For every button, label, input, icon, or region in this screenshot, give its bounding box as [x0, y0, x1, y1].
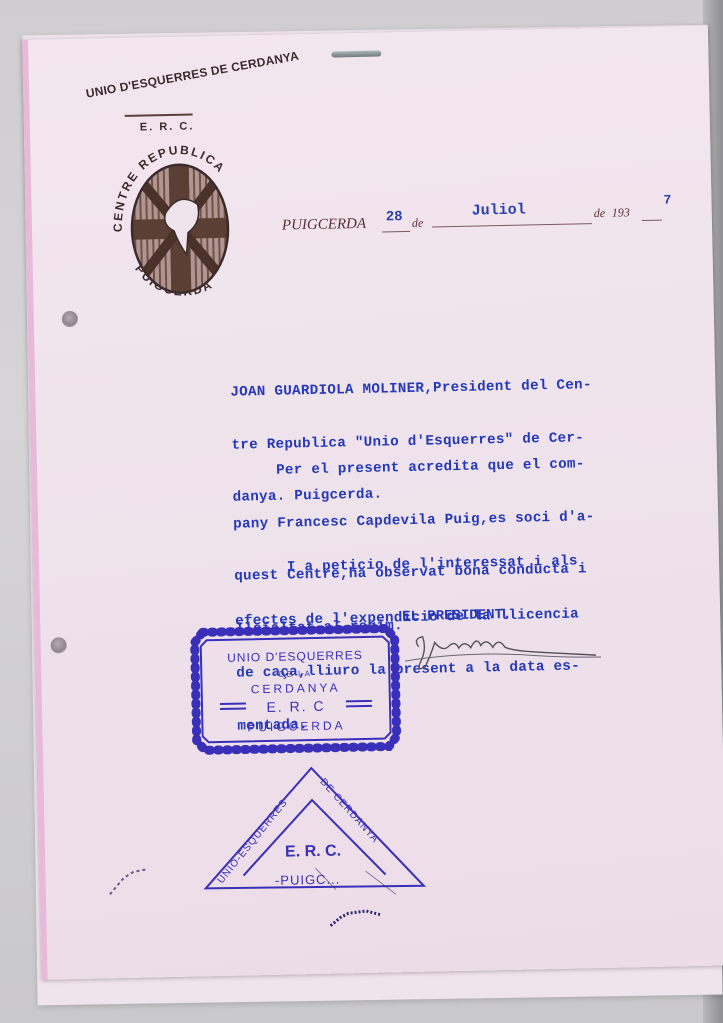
- dateline-de-label: de: [412, 216, 424, 231]
- svg-text:UNIO D'ESQUERRES: UNIO D'ESQUERRES: [227, 648, 363, 665]
- svg-text:PUIGCERDA: PUIGCERDA: [247, 718, 346, 734]
- dateline-rule: [432, 223, 592, 227]
- body-line: JOAN GUARDIOLA MOLINER,President del Cen…: [230, 375, 700, 402]
- body-line: Per el present acredita que el com-: [232, 454, 702, 481]
- svg-text:CERDANYA: CERDANYA: [251, 680, 341, 696]
- closing-title: EL PRESIDENT.: [402, 607, 512, 625]
- ink-smudge: [326, 900, 397, 931]
- punch-hole-bottom: [51, 637, 67, 653]
- staple: [331, 50, 381, 57]
- dateline-rule: [382, 231, 410, 233]
- svg-text:E. R. C.: E. R. C.: [285, 842, 341, 860]
- dateline-place: PUIGCERDA: [282, 216, 366, 235]
- letterhead-organization: UNIO D'ESQUERRES DE CERDANYA: [85, 49, 300, 101]
- dateline-day: 28: [386, 209, 403, 225]
- dateline-year-prefix: 193: [612, 205, 630, 220]
- signature: [400, 623, 601, 677]
- stamp-rectangular: UNIO D'ESQUERRES DE LA CERDANYA E. R. C …: [188, 622, 403, 756]
- svg-text:DE CERDANYA: DE CERDANYA: [317, 775, 381, 846]
- svg-text:-PUIGC...: -PUIGC...: [275, 872, 341, 888]
- dateline-rule: [642, 220, 662, 221]
- svg-text:DE LA: DE LA: [279, 669, 312, 679]
- dateline-de-label: de: [594, 206, 606, 221]
- dateline-year-digit: 7: [663, 192, 671, 207]
- letterhead-rule: [125, 113, 193, 116]
- document-page: UNIO D'ESQUERRES DE CERDANYA E. R. C. CE…: [22, 26, 723, 980]
- svg-text:E. R. C: E. R. C: [266, 698, 325, 715]
- punch-hole-top: [62, 311, 78, 327]
- stamp-triangular: UNIO-ESQUERRES DE CERDANYA E. R. C. -PUI…: [193, 758, 436, 903]
- body-line: I a peticio de l'interessat i als: [234, 551, 704, 578]
- dateline: PUIGCERDA 28 de Juliol de 193 7: [282, 201, 703, 240]
- dateline-month: Juliol: [472, 201, 526, 219]
- emblem-logo: CENTRE REPUBLICA PUIGCERDA: [102, 131, 256, 304]
- ink-smudge: [105, 857, 166, 898]
